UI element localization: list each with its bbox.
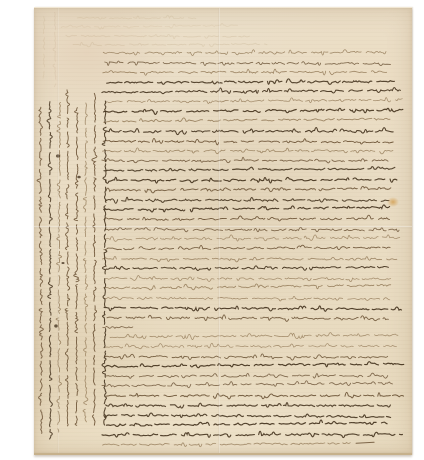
letter-sheet xyxy=(34,7,412,455)
handwriting-svg xyxy=(34,8,412,453)
letter-photograph xyxy=(0,0,424,460)
